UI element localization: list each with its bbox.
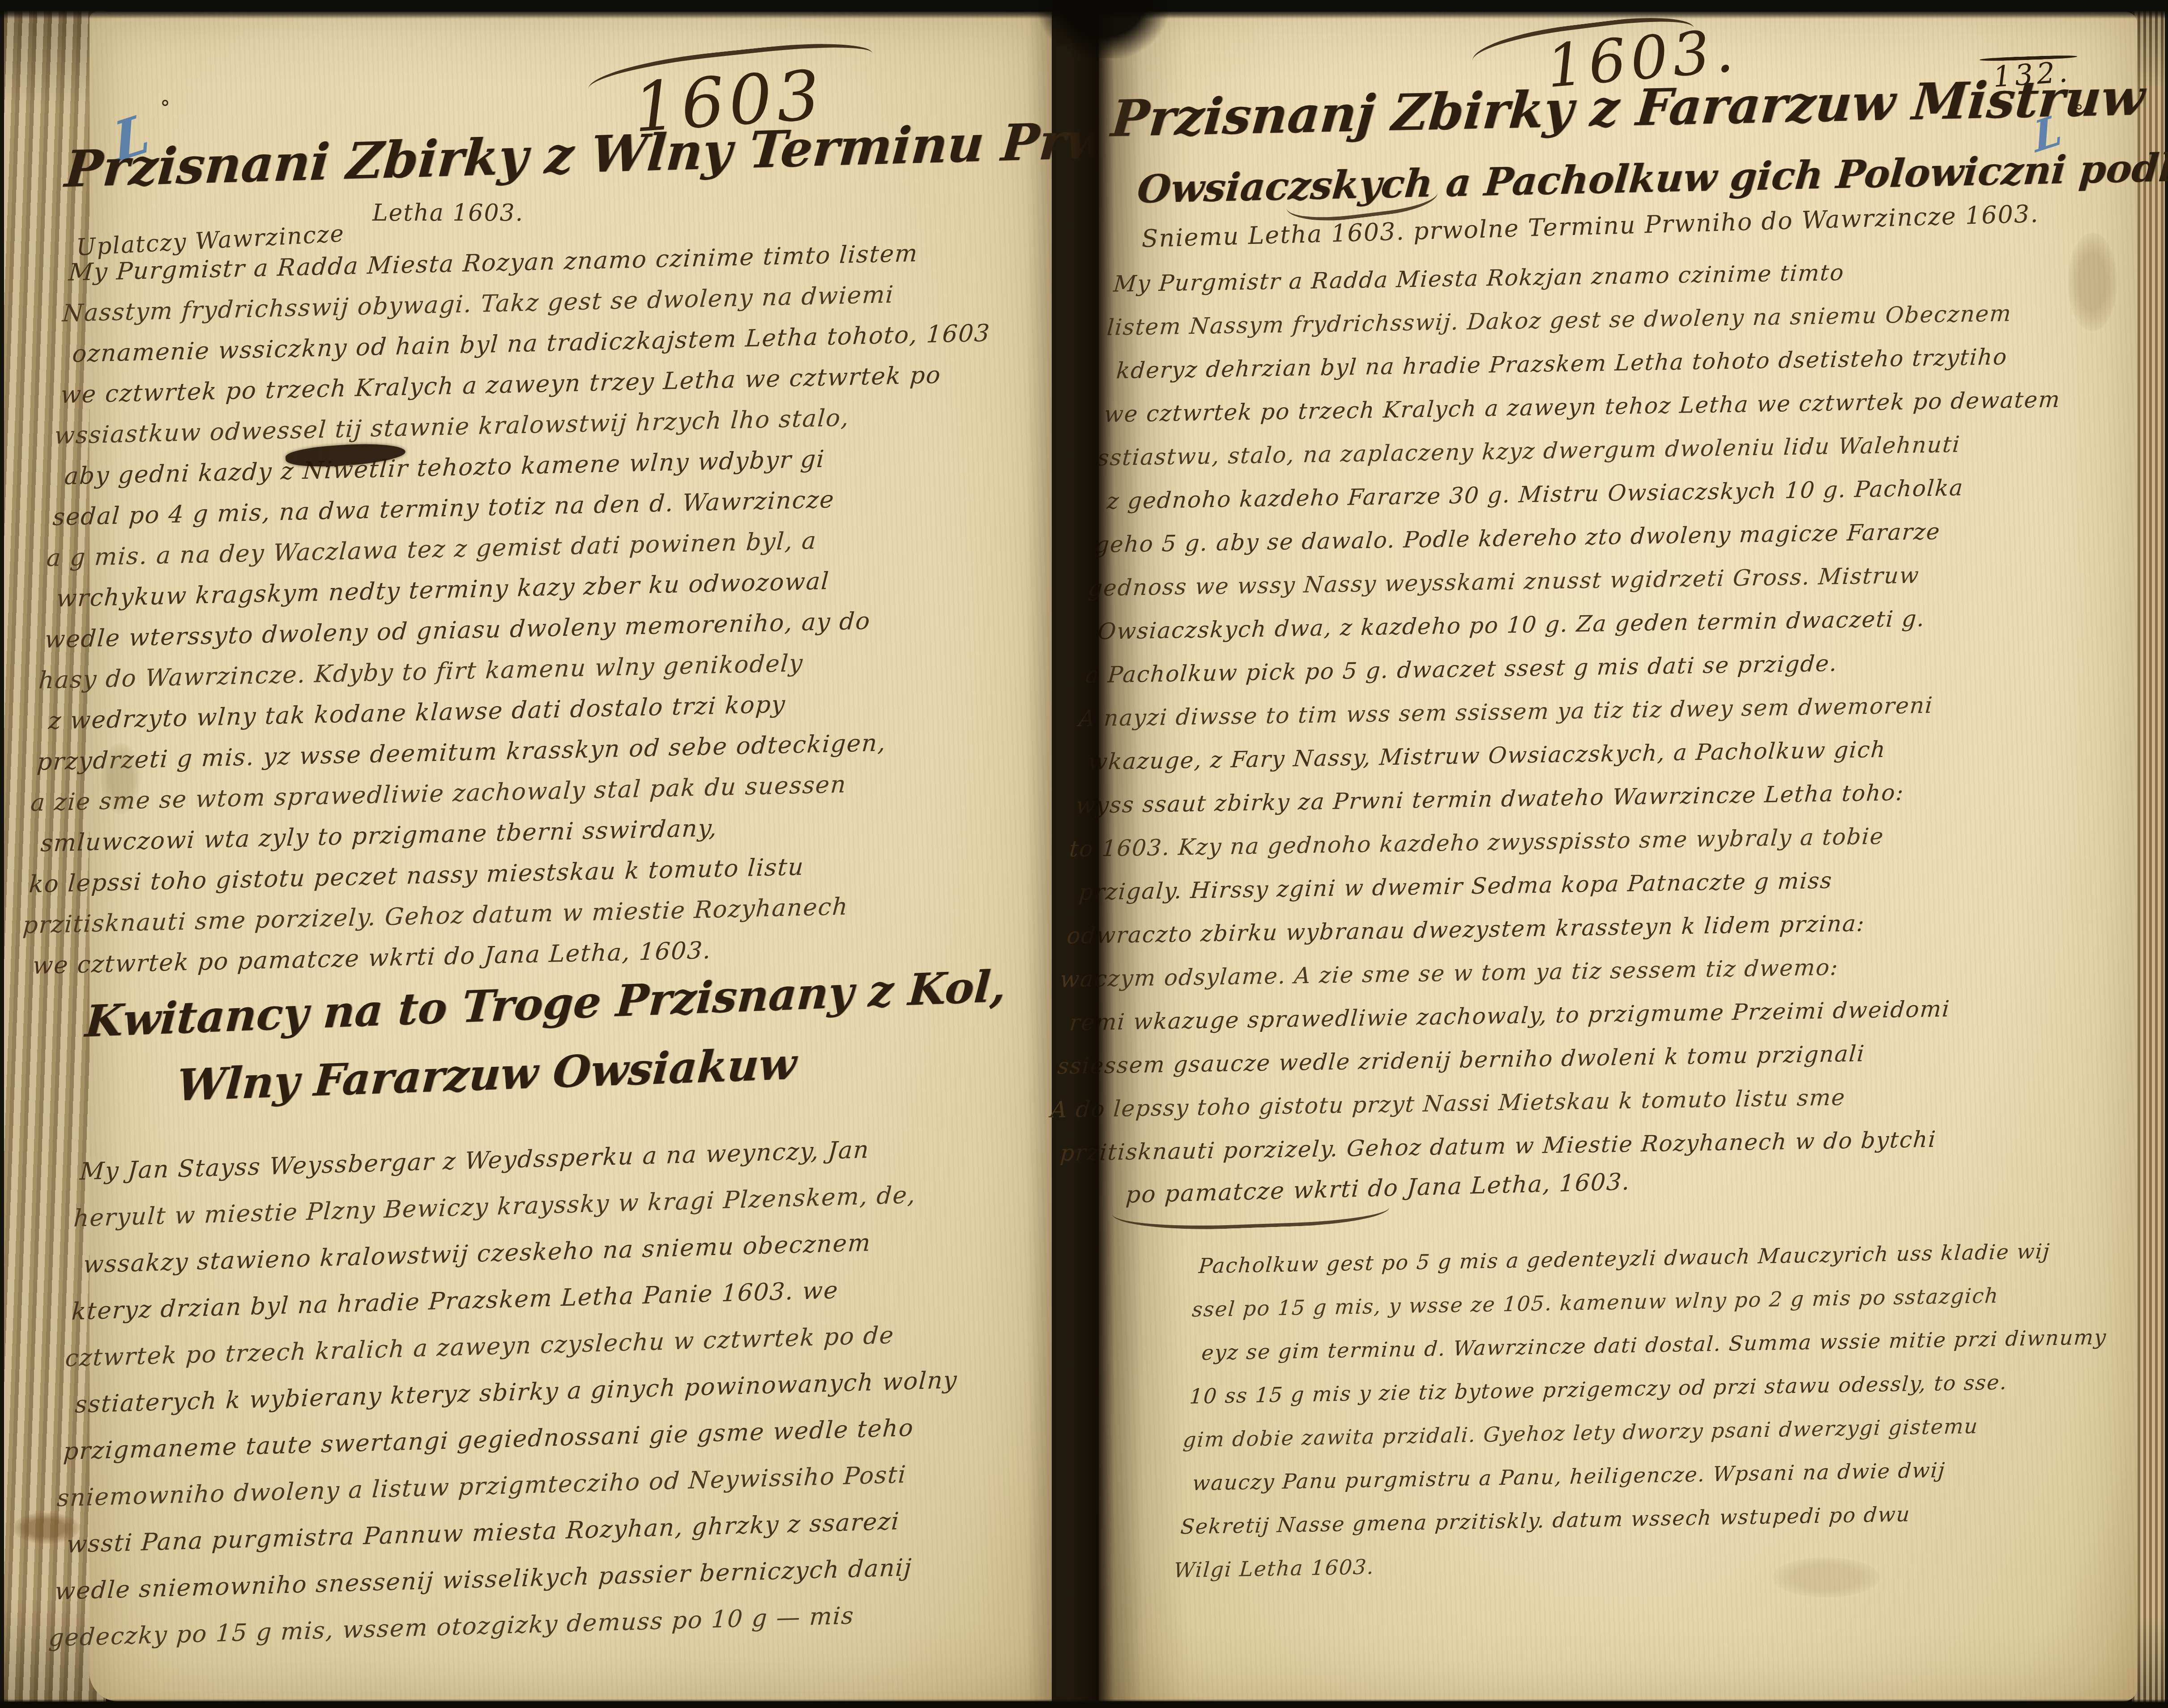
note-line: 10 ss 15 g mis y zie tiz bytowe przigemc…: [1189, 1370, 2008, 1408]
body-line: to 1603. Kzy na gednoho kazdeho zwysspis…: [1068, 823, 1885, 862]
body-line: A do lepssy toho gistotu przyt Nassi Mie…: [1050, 1084, 1847, 1123]
body-line: kderyz dehrzian byl na hradie Prazskem L…: [1115, 344, 2008, 383]
body-line: listem Nassym frydrichsswij. Dakoz gest …: [1106, 300, 2013, 341]
body-line: kteryz drzian byl na hradie Prazskem Let…: [71, 1277, 839, 1325]
closing-underline-flourish: [1112, 1204, 1390, 1233]
note-line: Pacholkuw gest po 5 g mis a gedenteyzli …: [1198, 1239, 2051, 1278]
body-line: Owsiaczskych dwa, z kazdeho po 10 g. Za …: [1097, 605, 1926, 644]
body-line: z gednoho kazdeho Fararze 30 g. Mistru O…: [1106, 475, 1964, 514]
body-line: waczym odsylame. A zie sme se w tom ya t…: [1059, 954, 1840, 992]
body-line: sstiaterych k wybierany kteryz sbirky a …: [74, 1367, 959, 1418]
body-line: z wedrzyto wlny tak kodane klawse dati d…: [47, 691, 786, 735]
left-page: 1603 L ° Przisnani Zbirky z Wlny Terminu…: [90, 12, 1052, 1701]
note-line: Sekretij Nasse gmena przitiskly. datum w…: [1180, 1502, 1912, 1539]
body-line: przigmaneme taute swertangi gegiednossan…: [63, 1414, 915, 1465]
body-line: a Pacholkuw pick po 5 g. dwaczet ssest g…: [1084, 650, 1839, 688]
note-line: ssel po 15 g mis, y wsse ze 105. kamenuw…: [1191, 1283, 2000, 1322]
closing-line: po pamatcze wkrti do Jana Letha, 1603.: [1125, 1168, 1631, 1209]
body-line: Nasstym frydrichsswij obywagi. Takz gest…: [61, 281, 895, 327]
body-line: we cztwrtek po trzech Kralych a zaweyn t…: [1103, 386, 2061, 427]
body-line: remi wkazuge sprawedliwie zachowaly, to …: [1069, 996, 1951, 1035]
body-paragraph: My Purgmistr a Radda Miesta Rokzjan znam…: [1114, 255, 2117, 271]
receipt-heading-line2: Wlny Fararzuw Owsiakuw: [175, 1038, 798, 1111]
dateline-year: Letha 1603.: [372, 200, 524, 226]
page-title: Przisnani Zbirky z Wlny Terminu Prwni°: [63, 109, 1191, 199]
body-line: smluwczowi wta zyly to przigmane tberni …: [40, 814, 718, 857]
note-line: Wilgi Letha 1603.: [1173, 1555, 1375, 1582]
body-paragraph-2: My Jan Stayss Weyssbergar z Weydssperku …: [81, 1131, 1047, 1158]
right-page: 1603. 132. L ° Przisnanj Zbirky z Fararz…: [1099, 12, 2137, 1701]
body-line: gedeczky po 15 g mis, wssem otozgizky de…: [48, 1602, 855, 1652]
body-line: przydrzeti g mis. yz wsse deemitum krass…: [36, 729, 888, 776]
page-title-line1: Przisnanj Zbirky z Fararzuw Mistruw: [1109, 68, 2147, 149]
body-line: wssakzy stawieno kralowstwij czeskeho na…: [82, 1229, 872, 1278]
body-line: przitisknauti sme porzizely. Gehoz datum…: [22, 893, 849, 939]
body-line: wssti Pana purgmistra Pannuw miesta Rozy…: [66, 1508, 900, 1558]
body-line: sstiastwu, stalo, na zaplaczeny kzyz dwe…: [1097, 431, 1961, 471]
body-line: geho 5 g. aby se dawalo. Podle kdereho z…: [1094, 519, 1942, 558]
body-line: ko lepssi toho gistotu peczet nassy mies…: [28, 853, 805, 898]
body-line: wssiastkuw odwessel tij stawnie kralowst…: [54, 404, 850, 449]
gutter-top-shadow: [1038, 0, 1168, 58]
body-line: wyss ssaut zbirky za Prwni termin dwateh…: [1075, 779, 1905, 818]
body-line: a zie sme se wtom sprawedliwie zachowaly…: [30, 771, 848, 817]
note-block: Pacholkuw gest po 5 g mis a gedenteyzli …: [1199, 1238, 2121, 1254]
body-line: wedle sniemowniho snessenij wisselikych …: [54, 1554, 913, 1606]
right-page-edges: [2132, 3, 2168, 1703]
body-line: we cztwrtek po pamatcze wkrti do Jana Le…: [32, 937, 713, 980]
body-line: ssiessem gsaucze wedle zridenij berniho …: [1057, 1040, 1866, 1079]
body-line: odwraczto zbirku wybranau dwezystem kras…: [1066, 910, 1866, 949]
body-line: cztwrtek po trzech kralich a zaweyn czys…: [64, 1321, 895, 1372]
body-line: sedal po 4 g mis, na dwa terminy totiz n…: [52, 486, 836, 531]
body-line: przitisknauti porzizely. Gehoz datum w M…: [1059, 1126, 1938, 1166]
bottom-frame: [0, 1699, 2168, 1708]
body-line: oznamenie wssiczkny od hain byl na tradi…: [72, 319, 991, 368]
body-line: aby gedni kazdy z Niwetlir tehozto kamen…: [64, 445, 826, 490]
body-line: heryult w miestie Plzny Bewiczy krayssky…: [73, 1181, 917, 1232]
body-line: a g mis. a na dey Waczlawa tez z gemist …: [46, 527, 818, 572]
body-line: przigaly. Hirssy zgini w dwemir Sedma ko…: [1078, 868, 1834, 906]
note-line: wauczy Panu purgmistru a Panu, heiligenc…: [1191, 1458, 1946, 1495]
book-spread: 1603 L ° Przisnani Zbirky z Wlny Terminu…: [0, 0, 2168, 1708]
body-line: A nayzi diwsse to tim wss sem ssissem ya…: [1078, 692, 1934, 732]
body-line: wrchykuw kragskym nedty terminy kazy zbe…: [55, 567, 830, 612]
blue-mark-degree: °: [160, 97, 170, 119]
body-line: sniemowniho dwoleny a listuw przigmteczi…: [56, 1461, 907, 1512]
note-line: gim dobie zawita przidali. Gyehoz lety d…: [1182, 1414, 1979, 1452]
body-line: My Purgmistr a Radda Miesta Rokzjan znam…: [1113, 260, 1845, 297]
body-line: My Jan Stayss Weyssbergar z Weydssperku …: [79, 1136, 871, 1185]
body-line: we cztwrtek po trzech Kralych a zaweyn t…: [60, 362, 942, 409]
body-line: gednoss we wssy Nassy weysskami znusst w…: [1087, 562, 1920, 601]
body-line: hasy do Wawrzincze. Kdyby to firt kamenu…: [38, 650, 804, 694]
body-line: wedle wterssyto dwoleny od gniasu dwolen…: [44, 607, 871, 653]
body-line: wkazuge, z Fary Nassy, Mistruw Owsiaczsk…: [1087, 737, 1887, 775]
note-line: eyz se gim terminu d. Wawrzincze dati do…: [1201, 1325, 2108, 1365]
